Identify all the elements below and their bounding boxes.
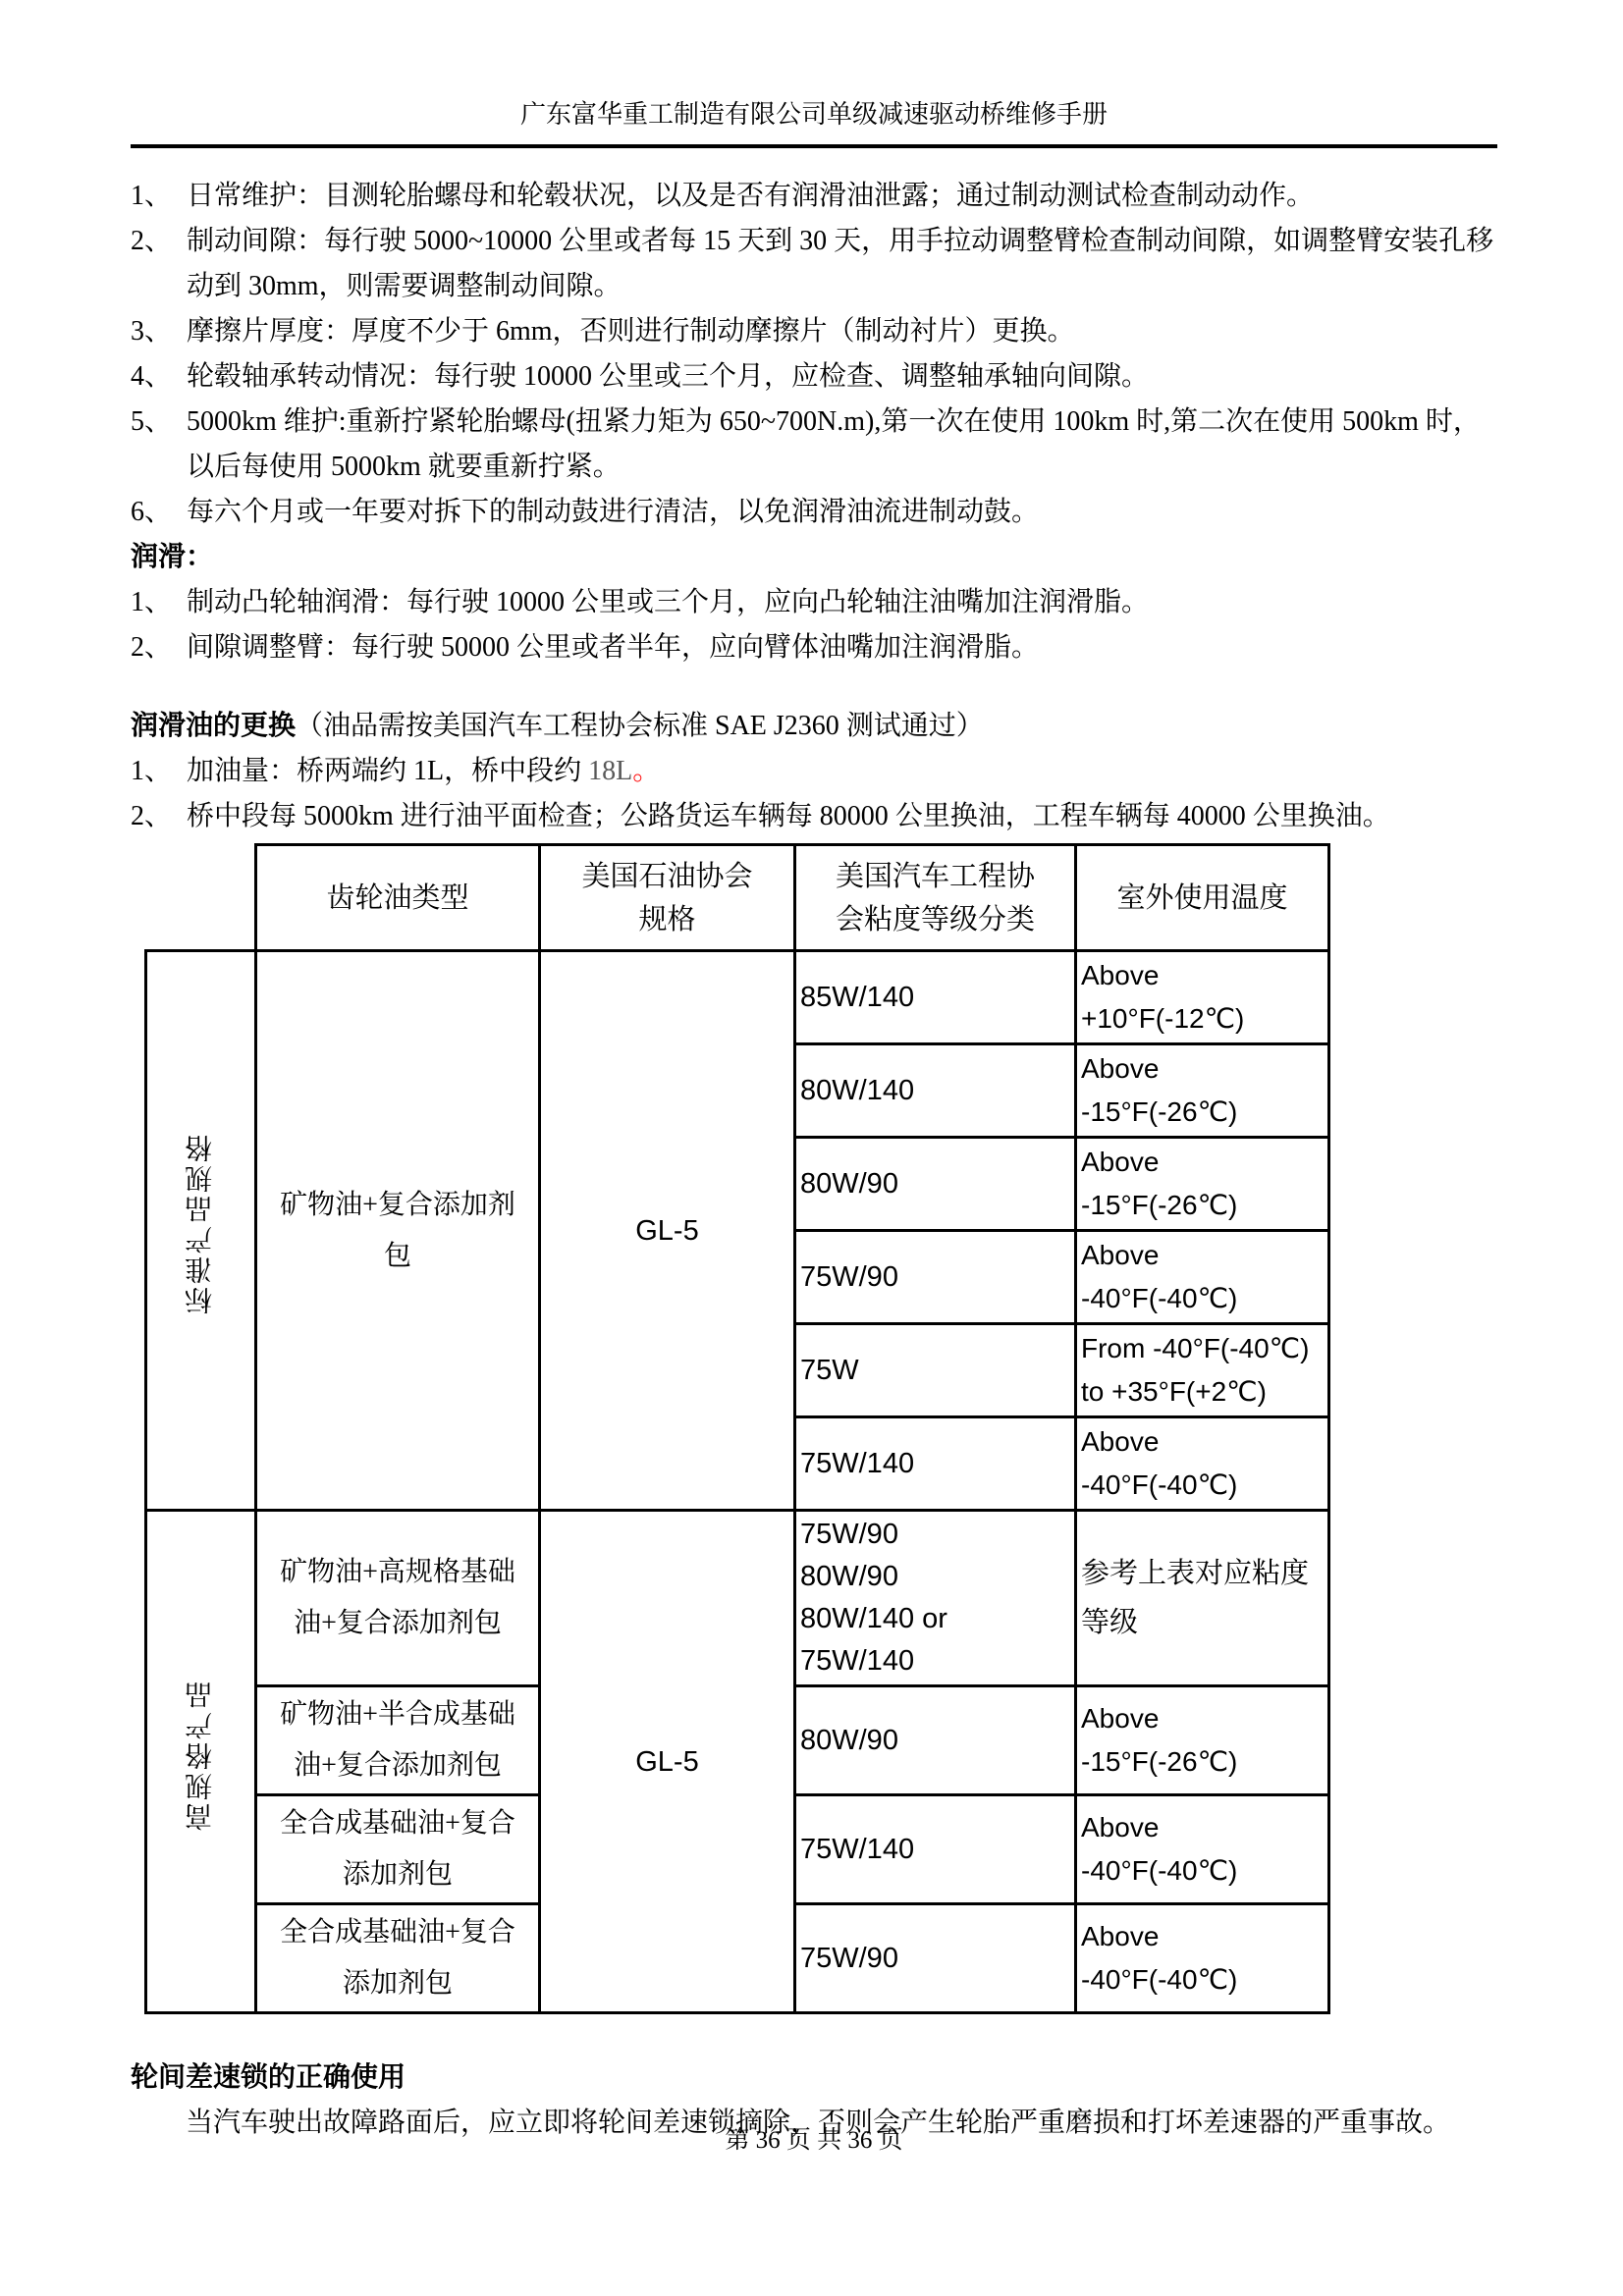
- cell-temp: Above -15°F(-26℃): [1076, 1686, 1329, 1795]
- col-header-outdoor-temp: 室外使用温度: [1076, 845, 1329, 951]
- cell-api-spec: GL-5: [540, 1511, 795, 2013]
- cell-temp: Above -15°F(-26℃): [1076, 1138, 1329, 1231]
- list-item: 2、 间隙调整臂：每行驶 50000 公里或者半年，应向臂体油嘴加注润滑脂。: [131, 625, 1497, 670]
- list-item: 4、 轮毂轴承转动情况：每行驶 10000 公里或三个月，应检查、调整轴承轴向间…: [131, 354, 1497, 400]
- list-item: 1、 制动凸轮轴润滑：每行驶 10000 公里或三个月，应向凸轮轴注油嘴加注润滑…: [131, 580, 1497, 625]
- list-marker: 1、: [131, 580, 187, 625]
- list-text: 加油量：桥两端约 1L，桥中段约 18L。: [187, 749, 1497, 794]
- list-item: 1、 加油量：桥两端约 1L，桥中段约 18L。: [131, 749, 1497, 794]
- cell-oil-type: 全合成基础油+复合 添加剂包: [256, 1795, 540, 1904]
- list-marker: 5、: [131, 400, 187, 490]
- col-header-api-spec: 美国石油协会 规格: [540, 845, 795, 951]
- oil-fill-value: 18L: [588, 756, 632, 786]
- page-content: 1、 日常维护：目测轮胎螺母和轮毂状况，以及是否有润滑油泄露；通过制动测试检查制…: [131, 174, 1497, 2146]
- section-heading-oil-change: 润滑油的更换（油品需按美国汽车工程协会标准 SAE J2360 测试通过）: [131, 704, 1497, 749]
- cell-viscosity: 75W/90: [795, 1904, 1076, 2013]
- list-text: 轮毂轴承转动情况：每行驶 10000 公里或三个月，应检查、调整轴承轴向间隙。: [187, 354, 1497, 400]
- cell-temp: Above +10°F(-12℃): [1076, 951, 1329, 1044]
- col-header-sae-class: 美国汽车工程协 会粘度等级分类: [795, 845, 1076, 951]
- gear-oil-table: 齿轮油类型 美国石油协会 规格 美国汽车工程协 会粘度等级分类 室外使用温度 标…: [144, 843, 1330, 2014]
- list-text: 摩擦片厚度：厚度不少于 6mm，否则进行制动摩擦片（制动衬片）更换。: [187, 309, 1497, 354]
- cell-viscosity: 75W/140: [795, 1795, 1076, 1904]
- row-group-label-highspec: 高规格产品: [146, 1511, 256, 2013]
- section-heading-diff-lock: 轮间差速锁的正确使用: [131, 2056, 1497, 2101]
- cell-viscosity: 85W/140: [795, 951, 1076, 1044]
- list-text: 间隙调整臂：每行驶 50000 公里或者半年，应向臂体油嘴加注润滑脂。: [187, 625, 1497, 670]
- cell-viscosity: 80W/140: [795, 1044, 1076, 1138]
- list-item: 5、 5000km 维护:重新拧紧轮胎螺母(扭紧力矩为 650~700N.m),…: [131, 400, 1497, 490]
- cell-temp: 参考上表对应粘度 等级: [1076, 1511, 1329, 1686]
- cell-oil-type: 矿物油+半合成基础 油+复合添加剂包: [256, 1686, 540, 1795]
- cell-temp: Above -15°F(-26℃): [1076, 1044, 1329, 1138]
- list-item: 6、 每六个月或一年要对拆下的制动鼓进行清洁，以免润滑油流进制动鼓。: [131, 490, 1497, 535]
- section-heading-lubrication: 润滑：: [131, 535, 1497, 580]
- section-oil-change: 润滑油的更换（油品需按美国汽车工程协会标准 SAE J2360 测试通过） 1、…: [131, 704, 1497, 839]
- cell-oil-type: 矿物油+复合添加剂 包: [256, 951, 540, 1511]
- page-header-title: 广东富华重工制造有限公司单级减速驱动桥维修手册: [131, 94, 1497, 148]
- document-page: 广东富华重工制造有限公司单级减速驱动桥维修手册 1、 日常维护：目测轮胎螺母和轮…: [0, 0, 1623, 2296]
- list-item: 1、 日常维护：目测轮胎螺母和轮毂状况，以及是否有润滑油泄露；通过制动测试检查制…: [131, 174, 1497, 219]
- heading-note-part: （油品需按美国汽车工程协会标准 SAE J2360 测试通过）: [296, 711, 984, 741]
- list-text: 5000km 维护:重新拧紧轮胎螺母(扭紧力矩为 650~700N.m),第一次…: [187, 400, 1497, 490]
- list-marker: 1、: [131, 749, 187, 794]
- cell-viscosity: 75W/90: [795, 1231, 1076, 1324]
- list-marker: 3、: [131, 309, 187, 354]
- list-text: 日常维护：目测轮胎螺母和轮毂状况，以及是否有润滑油泄露；通过制动测试检查制动动作…: [187, 174, 1497, 219]
- list-marker: 6、: [131, 490, 187, 535]
- list-text: 桥中段每 5000km 进行油平面检查；公路货运车辆每 80000 公里换油，工…: [187, 794, 1497, 839]
- list-item: 3、 摩擦片厚度：厚度不少于 6mm，否则进行制动摩擦片（制动衬片）更换。: [131, 309, 1497, 354]
- table-header-row: 齿轮油类型 美国石油协会 规格 美国汽车工程协 会粘度等级分类 室外使用温度: [146, 845, 1329, 951]
- list-text: 每六个月或一年要对拆下的制动鼓进行清洁，以免润滑油流进制动鼓。: [187, 490, 1497, 535]
- list-item: 2、 制动间隙：每行驶 5000~10000 公里或者每 15 天到 30 天，…: [131, 219, 1497, 309]
- list-marker: 2、: [131, 625, 187, 670]
- cell-viscosity: 80W/90: [795, 1686, 1076, 1795]
- cell-api-spec: GL-5: [540, 951, 795, 1511]
- heading-bold-part: 润滑油的更换: [131, 711, 296, 741]
- cell-temp: Above -40°F(-40℃): [1076, 1417, 1329, 1511]
- oil-fill-text: 加油量：桥两端约 1L，桥中段约: [187, 756, 588, 786]
- cell-viscosity: 75W: [795, 1324, 1076, 1417]
- table-row: 高规格产品 矿物油+高规格基础 油+复合添加剂包 GL-5 75W/90 80W…: [146, 1511, 1329, 1686]
- cell-oil-type: 全合成基础油+复合 添加剂包: [256, 1904, 540, 2013]
- row-group-label-standard: 标准产品规格: [146, 951, 256, 1511]
- cell-viscosity: 75W/140: [795, 1417, 1076, 1511]
- list-item: 2、 桥中段每 5000km 进行油平面检查；公路货运车辆每 80000 公里换…: [131, 794, 1497, 839]
- cell-viscosity: 80W/90: [795, 1138, 1076, 1231]
- header-ghost-cell: [146, 845, 256, 951]
- cell-temp: Above -40°F(-40℃): [1076, 1231, 1329, 1324]
- list-marker: 2、: [131, 219, 187, 309]
- cell-temp: Above -40°F(-40℃): [1076, 1795, 1329, 1904]
- list-text: 制动凸轮轴润滑：每行驶 10000 公里或三个月，应向凸轮轴注油嘴加注润滑脂。: [187, 580, 1497, 625]
- cell-oil-type: 矿物油+高规格基础 油+复合添加剂包: [256, 1511, 540, 1686]
- cell-viscosity: 75W/90 80W/90 80W/140 or 75W/140: [795, 1511, 1076, 1686]
- oil-fill-period: 。: [632, 756, 660, 786]
- list-marker: 1、: [131, 174, 187, 219]
- col-header-oil-type: 齿轮油类型: [256, 845, 540, 951]
- list-marker: 2、: [131, 794, 187, 839]
- table-row: 标准产品规格 矿物油+复合添加剂 包 GL-5 85W/140 Above +1…: [146, 951, 1329, 1044]
- cell-temp: From -40°F(-40℃) to +35°F(+2℃): [1076, 1324, 1329, 1417]
- page-number: 第 36 页 共 36 页: [131, 2120, 1497, 2156]
- cell-temp: Above -40°F(-40℃): [1076, 1904, 1329, 2013]
- list-text: 制动间隙：每行驶 5000~10000 公里或者每 15 天到 30 天，用手拉…: [187, 219, 1497, 309]
- list-marker: 4、: [131, 354, 187, 400]
